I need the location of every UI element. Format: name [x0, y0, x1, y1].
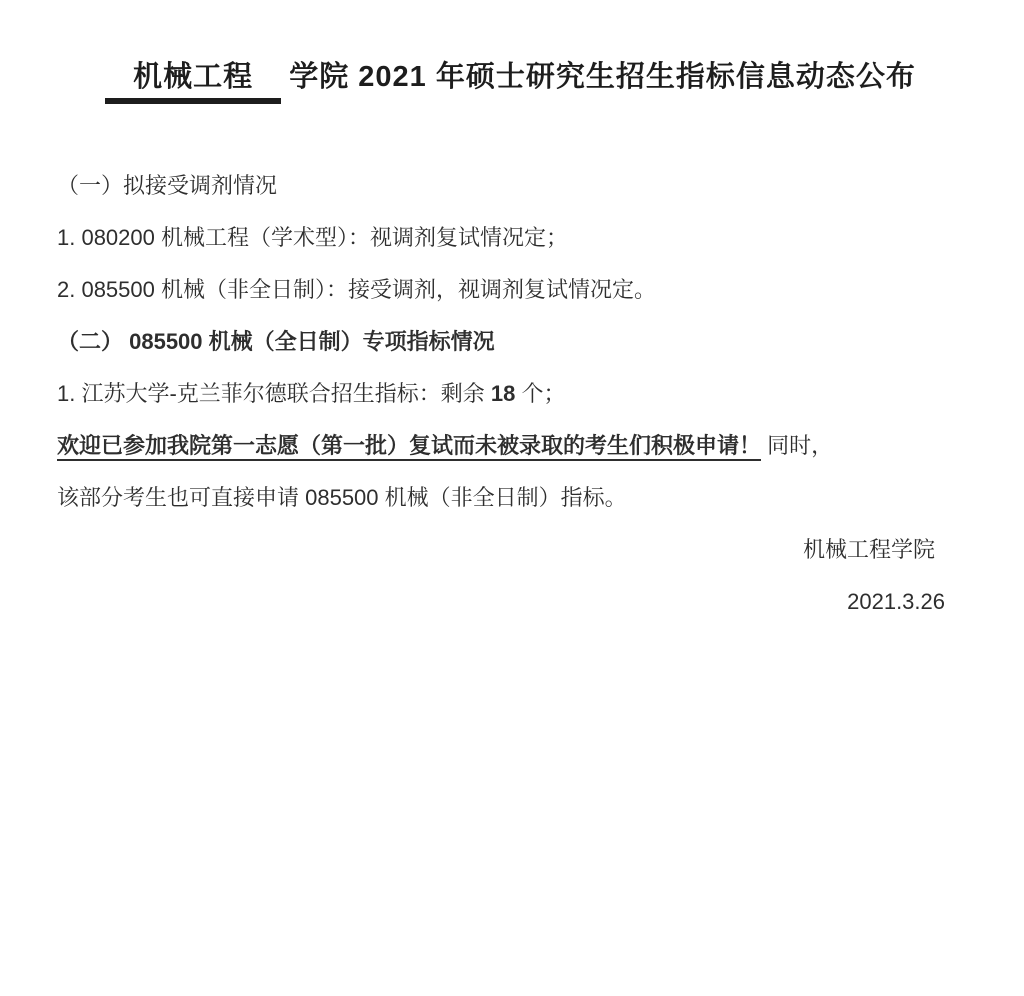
document-body: （一）拟接受调剂情况 1. 080200 机械工程（学术型）：视调剂复试情况定；… — [57, 160, 964, 628]
notice-line-2: 该部分考生也可直接申请 085500 机械（非全日制）指标。 — [57, 472, 964, 524]
section1-heading: （一）拟接受调剂情况 — [57, 160, 964, 212]
document-page: 机械工程学院 2021 年硕士研究生招生指标信息动态公布 （一）拟接受调剂情况 … — [0, 0, 1024, 996]
quota-text-suffix: 个； — [515, 381, 565, 406]
remaining-quota-count: 18 — [491, 381, 515, 406]
signature-org: 机械工程学院 — [57, 524, 964, 576]
title-rest-text: 学院 2021 年硕士研究生招生指标信息动态公布 — [289, 61, 916, 93]
title-blank-underline: 机械工程 — [105, 59, 281, 104]
section1-item-2: 2. 085500 机械（非全日制）：接受调剂，视调剂复试情况定。 — [57, 264, 964, 316]
section2-heading: （二） 085500 机械（全日制）专项指标情况 — [57, 316, 964, 368]
signature-date: 2021.3.26 — [57, 576, 964, 628]
title-blank-text: 机械工程 — [133, 61, 253, 93]
notice-rest-text: 同时， — [761, 433, 833, 458]
section2-item-1: 1. 江苏大学-克兰菲尔德联合招生指标：剩余 18 个； — [57, 368, 964, 420]
quota-text-prefix: 1. 江苏大学-克兰菲尔德联合招生指标：剩余 — [57, 381, 491, 406]
notice-line-1: 欢迎已参加我院第一志愿（第一批）复试而未被录取的考生们积极申请！ 同时， — [57, 420, 964, 472]
document-title: 机械工程学院 2021 年硕士研究生招生指标信息动态公布 — [57, 54, 964, 104]
section1-item-1: 1. 080200 机械工程（学术型）：视调剂复试情况定； — [57, 212, 964, 264]
notice-underlined-text: 欢迎已参加我院第一志愿（第一批）复试而未被录取的考生们积极申请！ — [57, 433, 761, 461]
